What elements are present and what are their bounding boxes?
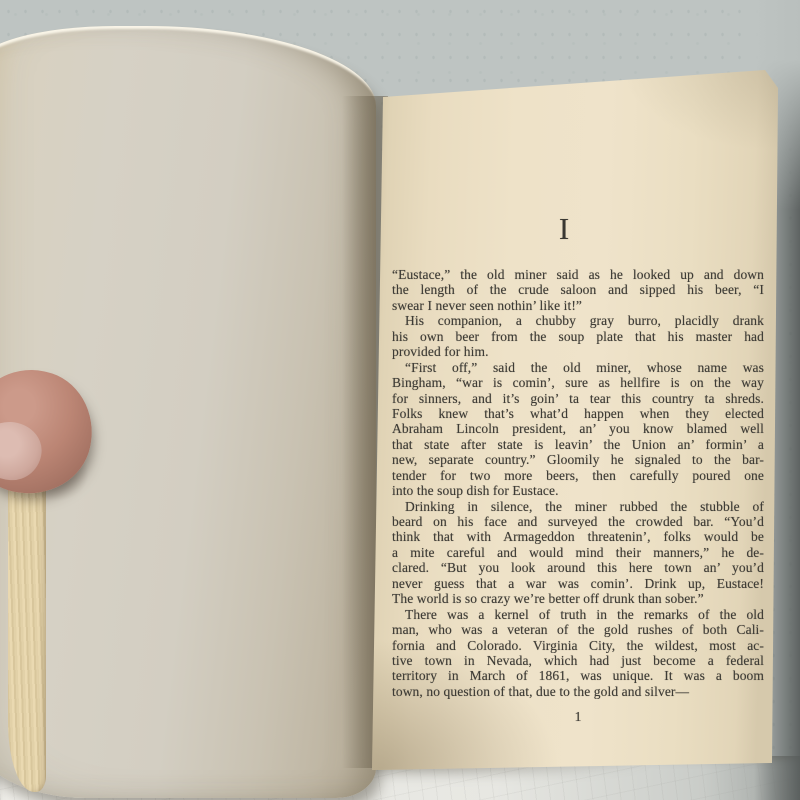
text-line: his own beer from the soup plate that hi… (392, 329, 764, 344)
text-line: provided for him. (392, 344, 764, 359)
text-line: town, no question of that, due to the go… (392, 684, 764, 699)
text-line: His companion, a chubby gray burro, plac… (392, 313, 764, 328)
text-line: Abraham Lincoln president, an’ you know … (392, 421, 764, 436)
text-line: “First off,” said the old miner, whose n… (392, 360, 764, 375)
text-line: never guess that a war was comin’. Drink… (392, 576, 764, 591)
text-line: into the soup dish for Eustace. (392, 483, 764, 498)
text-line: for sinners, and it’s goin’ ta tear this… (392, 391, 764, 406)
text-line: Bingham, “war is comin’, sure as hellfir… (392, 375, 764, 390)
right-page: I “Eustace,” the old miner said as he lo… (360, 60, 780, 775)
text-line: territory in March of 1861, was unique. … (392, 668, 764, 683)
thumb-nail (0, 420, 44, 482)
text-line: a mite careful and would mind their mann… (392, 545, 764, 560)
text-line: fornia and Colorado. Virginia City, the … (392, 638, 764, 653)
page-text: “Eustace,” the old miner said as he look… (392, 267, 764, 699)
photo-scene: I “Eustace,” the old miner said as he lo… (0, 0, 800, 800)
paragraph: There was a kernel of truth in the remar… (392, 607, 764, 700)
chapter-heading: I (378, 212, 750, 246)
text-line: The world is so crazy we’re better off d… (392, 591, 764, 606)
paragraph: “First off,” said the old miner, whose n… (392, 360, 764, 499)
page-number: 1 (392, 710, 764, 725)
paragraph: His companion, a chubby gray burro, plac… (392, 313, 764, 359)
page-text-area: I “Eustace,” the old miner said as he lo… (392, 212, 764, 726)
text-line: tive town in Nevada, which had just beco… (392, 653, 764, 668)
text-line: the length of the crude saloon and sippe… (392, 282, 764, 297)
paragraph: “Eustace,” the old miner said as he look… (392, 267, 764, 313)
text-line: new, separate country.” Gloomily he sign… (392, 452, 764, 467)
text-line: tender for two more beers, then carefull… (392, 468, 764, 483)
text-line: that state after state is leavin’ the Un… (392, 437, 764, 452)
text-line: swear I never seen nothin’ like it!” (392, 298, 764, 313)
text-line: think that with Armageddon threatenin’, … (392, 529, 764, 544)
text-line: Folks knew that’s what’d happen when the… (392, 406, 764, 421)
text-line: clared. “But you look around this here t… (392, 560, 764, 575)
text-line: man, who was a veteran of the gold rushe… (392, 622, 764, 637)
text-line: There was a kernel of truth in the remar… (392, 607, 764, 622)
text-line: Drinking in silence, the miner rubbed th… (392, 499, 764, 514)
text-line: beard on his face and surveyed the crowd… (392, 514, 764, 529)
text-line: “Eustace,” the old miner said as he look… (392, 267, 764, 282)
paragraph: Drinking in silence, the miner rubbed th… (392, 499, 764, 607)
